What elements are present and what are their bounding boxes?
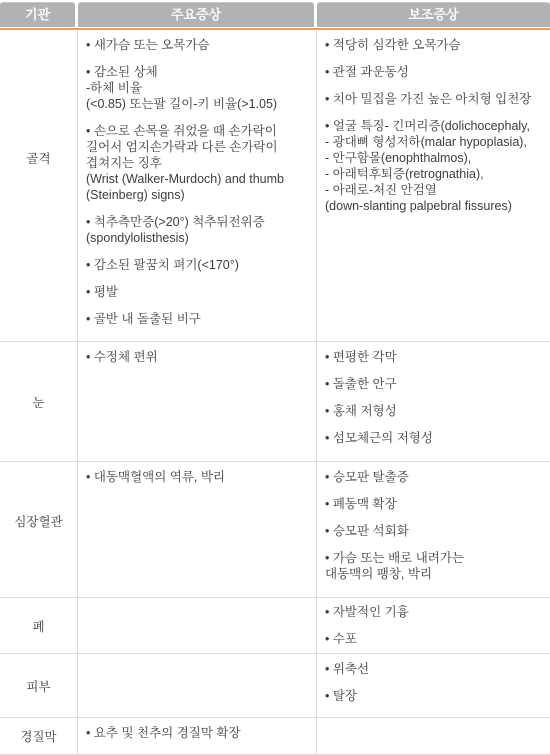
bullet-icon: •	[86, 285, 94, 299]
symptom-text: - 광대뼈 형성저하(malar hypoplasia),	[325, 135, 527, 149]
symptom-item: • 수포	[325, 631, 542, 647]
symptom-text: (down-slanting palpebral fissures)	[325, 199, 512, 213]
symptom-item: • 돌출한 안구	[325, 376, 542, 392]
bullet-icon: •	[325, 377, 333, 391]
symptom-line: 길어서 엄지손가락과 다른 손가락이	[86, 139, 308, 155]
organ-label: 심장혈관	[14, 512, 62, 530]
symptom-line: • 얼굴 특징- 긴머리증(dolichocephaly,	[325, 118, 542, 134]
symptom-item: • 편평한 각막	[325, 349, 542, 365]
symptom-line: • 요추 및 천추의 경질막 확장	[86, 725, 308, 741]
bullet-icon: •	[86, 726, 94, 740]
symptom-text: 골반 내 돌출된 비구	[94, 312, 201, 326]
symptom-line: 겹쳐지는 징후	[86, 155, 308, 171]
symptom-text: 섬모체근의 저형성	[333, 431, 433, 445]
bullet-icon: •	[325, 65, 333, 79]
symptom-line: (Wrist (Walker-Murdoch) and thumb	[86, 171, 308, 187]
symptom-text: (Wrist (Walker-Murdoch) and thumb	[86, 172, 284, 186]
symptom-text: 평발	[94, 285, 118, 299]
symptom-line: • 평발	[86, 284, 308, 300]
header-cell-minor-symptoms: 보조증상	[317, 2, 550, 27]
symptom-text: (spondylolisthesis)	[86, 231, 189, 245]
symptom-item: • 평발	[86, 284, 308, 300]
bullet-icon: •	[325, 350, 333, 364]
bullet-icon: •	[86, 38, 94, 52]
symptom-text: 승모판 석회화	[333, 524, 409, 538]
symptom-line: - 아래로-처진 안검열	[325, 182, 542, 198]
major-symptoms-cell: • 수정체 편위	[78, 342, 317, 461]
symptom-line: • 척추측만증(>20°) 척추뒤전위증	[86, 214, 308, 230]
symptom-line: 대동맥의 팽창, 박리	[325, 566, 542, 582]
bullet-icon: •	[86, 470, 94, 484]
minor-symptoms-cell	[317, 718, 550, 754]
symptom-line: • 적당히 심각한 오목가슴	[325, 37, 542, 53]
symptom-item: • 수정체 편위	[86, 349, 308, 365]
symptom-line: • 홍채 저형성	[325, 403, 542, 419]
symptom-line: • 수정체 편위	[86, 349, 308, 365]
symptom-item: • 새가슴 또는 오목가슴	[86, 37, 308, 53]
header-cell-major-symptoms: 주요증상	[78, 2, 314, 27]
bullet-icon: •	[325, 470, 333, 484]
symptom-text: 폐동맥 확장	[333, 497, 397, 511]
symptom-text: 치아 밀집을 가진 높은 아치형 입천장	[333, 92, 532, 106]
organ-label: 눈	[32, 393, 44, 411]
table-row: 심장혈관• 대동맥혈액의 역류, 박리• 승모판 탈출증• 폐동맥 확장• 승모…	[0, 462, 550, 598]
bullet-icon: •	[325, 524, 333, 538]
bullet-icon: •	[86, 65, 94, 79]
symptom-text: 새가슴 또는 오목가슴	[94, 38, 210, 52]
symptom-item: • 자발적인 기흉	[325, 604, 542, 620]
bullet-icon: •	[325, 38, 333, 52]
symptom-text: - 아래로-처진 안검열	[325, 183, 437, 197]
symptom-line: • 폐동맥 확장	[325, 496, 542, 512]
symptom-item: • 승모판 석회화	[325, 523, 542, 539]
symptom-item: • 얼굴 특징- 긴머리증(dolichocephaly,- 광대뼈 형성저하(…	[325, 118, 542, 214]
minor-symptoms-cell: • 승모판 탈출증• 폐동맥 확장• 승모판 석회화• 가슴 또는 배로 내려가…	[317, 462, 550, 597]
table-row: 경질막• 요추 및 천추의 경질막 확장	[0, 718, 550, 755]
symptom-item: • 홍채 저형성	[325, 403, 542, 419]
bullet-icon: •	[86, 350, 94, 364]
organ-label: 골격	[26, 149, 50, 167]
minor-symptoms-cell: • 편평한 각막• 돌출한 안구• 홍채 저형성• 섬모체근의 저형성	[317, 342, 550, 461]
bullet-icon: •	[86, 258, 94, 272]
major-symptoms-cell	[78, 654, 317, 717]
symptom-line: • 수포	[325, 631, 542, 647]
organ-label: 폐	[32, 617, 44, 635]
bullet-icon: •	[325, 404, 333, 418]
symptom-text: 가슴 또는 배로 내려가는	[333, 551, 464, 565]
table-row: 골격• 새가슴 또는 오목가슴• 감소된 상체-하체 비율(<0.85) 또는팔…	[0, 30, 550, 342]
symptom-text: 길어서 엄지손가락과 다른 손가락이	[86, 140, 278, 154]
symptom-text: - 아래턱후퇴증(retrognathia),	[325, 167, 484, 181]
symptom-text: 요추 및 천추의 경질막 확장	[94, 726, 241, 740]
symptom-text: 감소된 상체	[94, 65, 158, 79]
symptom-text: 자발적인 기흉	[333, 605, 409, 619]
symptom-item: • 요추 및 천추의 경질막 확장	[86, 725, 308, 741]
symptom-line: • 승모판 석회화	[325, 523, 542, 539]
symptom-text: -하체 비율	[86, 81, 142, 95]
organ-cell: 눈	[0, 342, 78, 461]
symptom-text: 돌출한 안구	[333, 377, 397, 391]
bullet-icon: •	[325, 605, 333, 619]
symptom-item: • 섬모체근의 저형성	[325, 430, 542, 446]
symptom-text: (Steinberg) signs)	[86, 188, 185, 202]
bullet-icon: •	[325, 689, 333, 703]
symptom-text: 겹쳐지는 징후	[86, 156, 162, 170]
symptom-text: 감소된 팔꿈치 펴기(<170°)	[94, 258, 239, 272]
symptom-item: • 손으로 손목을 쥐었을 때 손가락이길어서 엄지손가락과 다른 손가락이겹쳐…	[86, 123, 308, 203]
symptom-item: • 폐동맥 확장	[325, 496, 542, 512]
symptom-line: (down-slanting palpebral fissures)	[325, 198, 542, 214]
symptom-text: 수포	[333, 632, 357, 646]
header-cell-organ: 기관	[0, 2, 75, 27]
symptom-line: • 감소된 상체	[86, 64, 308, 80]
symptom-line: -하체 비율	[86, 80, 308, 96]
symptom-text: 관절 과운동성	[333, 65, 409, 79]
minor-symptoms-cell: • 위축선• 탈장	[317, 654, 550, 717]
symptom-item: • 적당히 심각한 오목가슴	[325, 37, 542, 53]
symptom-text: 탈장	[333, 689, 357, 703]
table-body: 골격• 새가슴 또는 오목가슴• 감소된 상체-하체 비율(<0.85) 또는팔…	[0, 30, 550, 755]
organ-cell: 피부	[0, 654, 78, 717]
symptom-item: • 관절 과운동성	[325, 64, 542, 80]
symptom-line: • 돌출한 안구	[325, 376, 542, 392]
symptom-text: - 안구함몰(enophthalmos),	[325, 151, 471, 165]
symptom-line: • 치아 밀집을 가진 높은 아치형 입천장	[325, 91, 542, 107]
major-symptoms-cell: • 요추 및 천추의 경질막 확장	[78, 718, 317, 754]
symptom-text: 위축선	[333, 662, 369, 676]
symptom-line: • 가슴 또는 배로 내려가는	[325, 550, 542, 566]
symptom-text: 척추측만증(>20°) 척추뒤전위증	[94, 215, 265, 229]
symptom-item: • 골반 내 돌출된 비구	[86, 311, 308, 327]
symptom-line: • 관절 과운동성	[325, 64, 542, 80]
symptom-line: • 새가슴 또는 오목가슴	[86, 37, 308, 53]
symptom-text: 대동맥혈액의 역류, 박리	[94, 470, 225, 484]
symptom-line: • 자발적인 기흉	[325, 604, 542, 620]
symptom-line: - 광대뼈 형성저하(malar hypoplasia),	[325, 134, 542, 150]
symptom-line: • 위축선	[325, 661, 542, 677]
organ-cell: 골격	[0, 30, 78, 341]
symptom-item: • 척추측만증(>20°) 척추뒤전위증(spondylolisthesis)	[86, 214, 308, 246]
symptom-line: (Steinberg) signs)	[86, 187, 308, 203]
table-row: 눈• 수정체 편위• 편평한 각막• 돌출한 안구• 홍채 저형성• 섬모체근의…	[0, 342, 550, 462]
bullet-icon: •	[86, 312, 94, 326]
symptom-line: • 감소된 팔꿈치 펴기(<170°)	[86, 257, 308, 273]
symptom-item: • 치아 밀집을 가진 높은 아치형 입천장	[325, 91, 542, 107]
major-symptoms-cell: • 새가슴 또는 오목가슴• 감소된 상체-하체 비율(<0.85) 또는팔 길…	[78, 30, 317, 341]
organ-cell: 경질막	[0, 718, 78, 754]
symptom-item: • 대동맥혈액의 역류, 박리	[86, 469, 308, 485]
organ-label: 경질막	[20, 727, 56, 745]
bullet-icon: •	[86, 215, 94, 229]
bullet-icon: •	[325, 662, 333, 676]
organ-label: 피부	[26, 677, 50, 695]
symptom-text: 적당히 심각한 오목가슴	[333, 38, 461, 52]
symptom-item: • 탈장	[325, 688, 542, 704]
symptom-text: (<0.85) 또는팔 길이-키 비율(>1.05)	[86, 97, 277, 111]
minor-symptoms-cell: • 자발적인 기흉• 수포	[317, 598, 550, 653]
symptom-line: • 편평한 각막	[325, 349, 542, 365]
symptom-item: • 위축선	[325, 661, 542, 677]
bullet-icon: •	[325, 431, 333, 445]
symptom-text: 수정체 편위	[94, 350, 158, 364]
bullet-icon: •	[86, 124, 94, 138]
major-symptoms-cell	[78, 598, 317, 653]
symptom-text: 손으로 손목을 쥐었을 때 손가락이	[94, 124, 277, 138]
symptom-item: • 가슴 또는 배로 내려가는대동맥의 팽창, 박리	[325, 550, 542, 582]
major-symptoms-cell: • 대동맥혈액의 역류, 박리	[78, 462, 317, 597]
minor-symptoms-cell: • 적당히 심각한 오목가슴• 관절 과운동성• 치아 밀집을 가진 높은 아치…	[317, 30, 550, 341]
symptom-line: • 탈장	[325, 688, 542, 704]
symptom-line: • 섬모체근의 저형성	[325, 430, 542, 446]
symptom-line: • 대동맥혈액의 역류, 박리	[86, 469, 308, 485]
symptom-text: 얼굴 특징- 긴머리증(dolichocephaly,	[333, 119, 530, 133]
symptom-text: 대동맥의 팽창, 박리	[325, 567, 432, 581]
table-header-row: 기관 주요증상 보조증상	[0, 0, 550, 27]
symptom-line: • 승모판 탈출증	[325, 469, 542, 485]
organ-cell: 폐	[0, 598, 78, 653]
symptom-line: - 안구함몰(enophthalmos),	[325, 150, 542, 166]
symptom-text: 승모판 탈출증	[333, 470, 409, 484]
organ-cell: 심장혈관	[0, 462, 78, 597]
symptom-line: - 아래턱후퇴증(retrognathia),	[325, 166, 542, 182]
symptom-item: • 감소된 상체-하체 비율(<0.85) 또는팔 길이-키 비율(>1.05)	[86, 64, 308, 112]
symptom-text: 홍채 저형성	[333, 404, 397, 418]
bullet-icon: •	[325, 632, 333, 646]
symptom-line: • 손으로 손목을 쥐었을 때 손가락이	[86, 123, 308, 139]
symptom-text: 편평한 각막	[333, 350, 397, 364]
table-row: 폐• 자발적인 기흉• 수포	[0, 598, 550, 654]
symptom-item: • 승모판 탈출증	[325, 469, 542, 485]
symptom-line: (spondylolisthesis)	[86, 230, 308, 246]
bullet-icon: •	[325, 551, 333, 565]
symptom-line: (<0.85) 또는팔 길이-키 비율(>1.05)	[86, 96, 308, 112]
symptoms-table: 기관 주요증상 보조증상 골격• 새가슴 또는 오목가슴• 감소된 상체-하체 …	[0, 0, 550, 755]
symptom-item: • 감소된 팔꿈치 펴기(<170°)	[86, 257, 308, 273]
bullet-icon: •	[325, 497, 333, 511]
table-row: 피부• 위축선• 탈장	[0, 654, 550, 718]
symptom-line: • 골반 내 돌출된 비구	[86, 311, 308, 327]
bullet-icon: •	[325, 92, 333, 106]
bullet-icon: •	[325, 119, 333, 133]
